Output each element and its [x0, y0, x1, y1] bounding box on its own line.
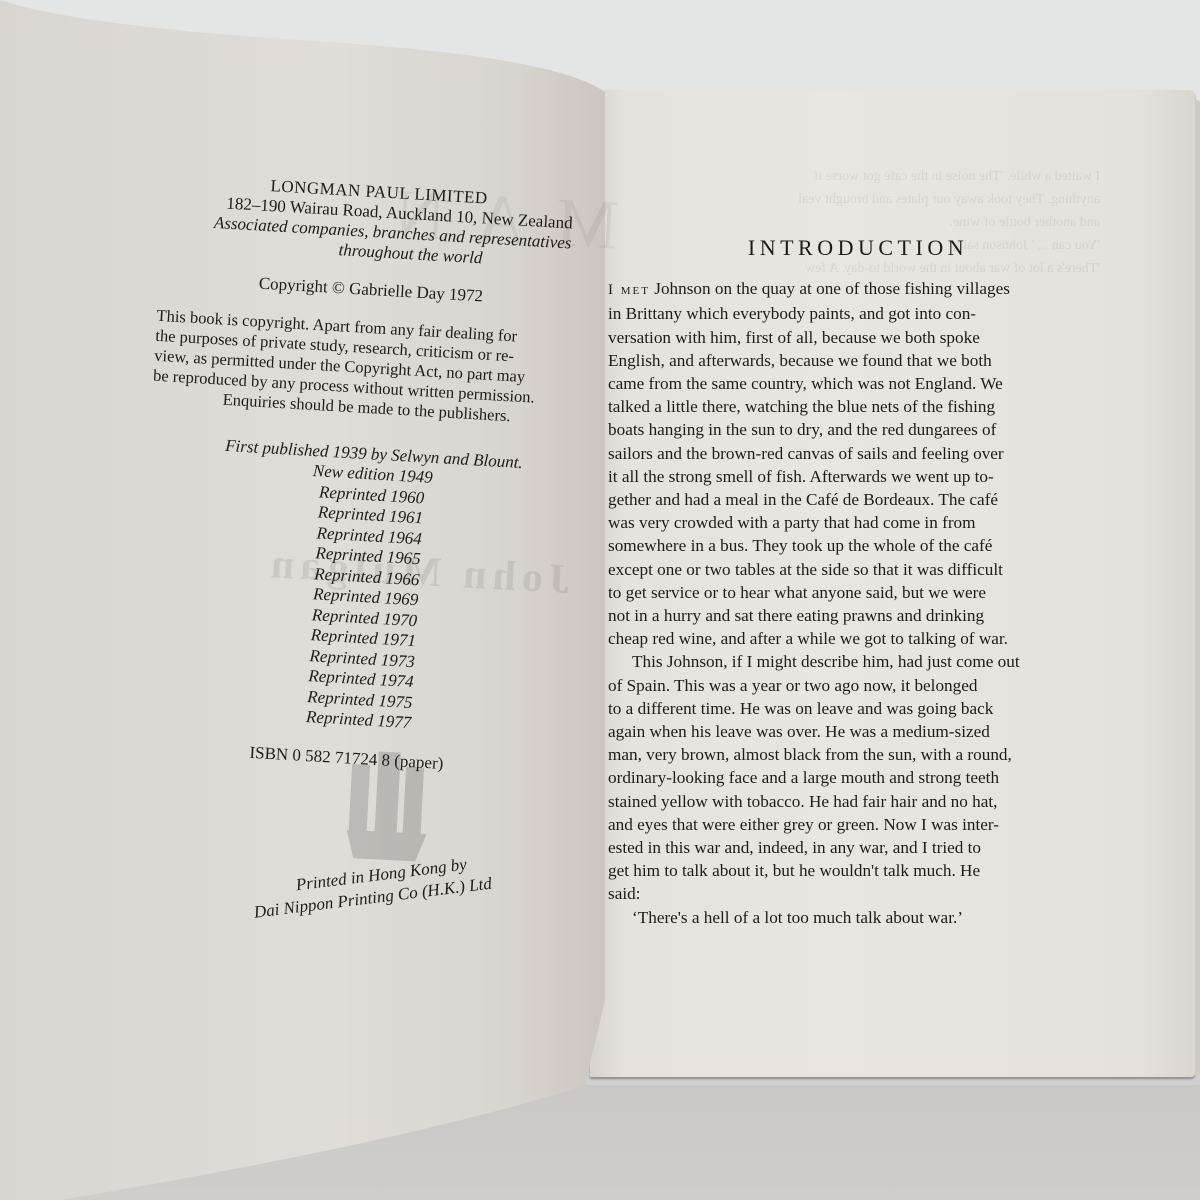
ghost-line: anything. They took away our plates and …	[790, 188, 1100, 211]
text-line: said:	[608, 882, 1098, 905]
drop-lead: I met	[608, 282, 650, 298]
text-span: Johnson on the quay at one of those fish…	[650, 279, 1010, 298]
text-line: not in a hurry and sat there eating praw…	[608, 604, 1098, 627]
paragraph-2: This Johnson, if I might describe him, h…	[608, 650, 1098, 905]
text-line: cheap red wine, and after a while we got…	[608, 627, 1098, 650]
text-line: to a different time. He was on leave and…	[608, 697, 1098, 720]
text-line: to get service or to hear what anyone sa…	[608, 581, 1098, 604]
ghost-line: I waited a while. 'The noise in the café…	[790, 165, 1100, 188]
text-line: This Johnson, if I might describe him, h…	[608, 650, 1098, 673]
publication-history: First published 1939 by Selwyn and Bloun…	[133, 432, 559, 742]
text-line: I met Johnson on the quay at one of thos…	[608, 277, 1098, 302]
text-line: ordinary-looking face and a large mouth …	[608, 766, 1098, 789]
paragraph-1: I met Johnson on the quay at one of thos…	[608, 277, 1098, 650]
text-line: English, and afterwards, because we foun…	[608, 349, 1098, 372]
text-line: talked a little there, watching the blue…	[608, 395, 1098, 418]
ghost-line: and another bottle of wine.	[790, 211, 1100, 234]
text-line: ‘There's a hell of a lot too much talk a…	[608, 906, 1098, 929]
text-line: it all the strong smell of fish. Afterwa…	[608, 465, 1098, 488]
text-line: and eyes that were either grey or green.…	[608, 813, 1098, 836]
text-line: except one or two tables at the side so …	[608, 558, 1098, 581]
text-line: came from the same country, which was no…	[608, 372, 1098, 395]
text-line: gether and had a meal in the Café de Bor…	[608, 488, 1098, 511]
rights-statement: This book is copyright. Apart from any f…	[151, 306, 566, 429]
text-line: somewhere in a bus. They took up the who…	[608, 534, 1098, 557]
text-line: get him to talk about it, but he wouldn'…	[608, 859, 1098, 882]
text-line: versation with him, first of all, becaus…	[608, 326, 1098, 349]
text-line: was very crowded with a party that had c…	[608, 511, 1098, 534]
text-line: ested in this war and, indeed, in any wa…	[608, 836, 1098, 859]
text-line: again when his leave was over. He was a …	[608, 720, 1098, 743]
text-line: man, very brown, almost black from the s…	[608, 743, 1098, 766]
text-line: boats hanging in the sun to dry, and the…	[608, 418, 1098, 441]
introduction-text: INTRODUCTION I met Johnson on the quay a…	[608, 236, 1098, 929]
text-line: in Brittany which everybody paints, and …	[608, 302, 1098, 325]
copyright-page: LONGMAN PAUL LIMITED 182–190 Wairau Road…	[131, 170, 574, 779]
paragraph-3: ‘There's a hell of a lot too much talk a…	[608, 906, 1098, 929]
reprint-list: New edition 1949 Reprinted 1960 Reprinte…	[173, 454, 558, 741]
copyright-notice: Copyright © Gabrielle Day 1972	[158, 268, 568, 312]
text-line: of Spain. This was a year or two ago now…	[608, 674, 1098, 697]
text-line: sailors and the brown-red canvas of sail…	[608, 442, 1098, 465]
text-line: stained yellow with tobacco. He had fair…	[608, 790, 1098, 813]
chapter-heading: INTRODUCTION	[618, 236, 1098, 259]
